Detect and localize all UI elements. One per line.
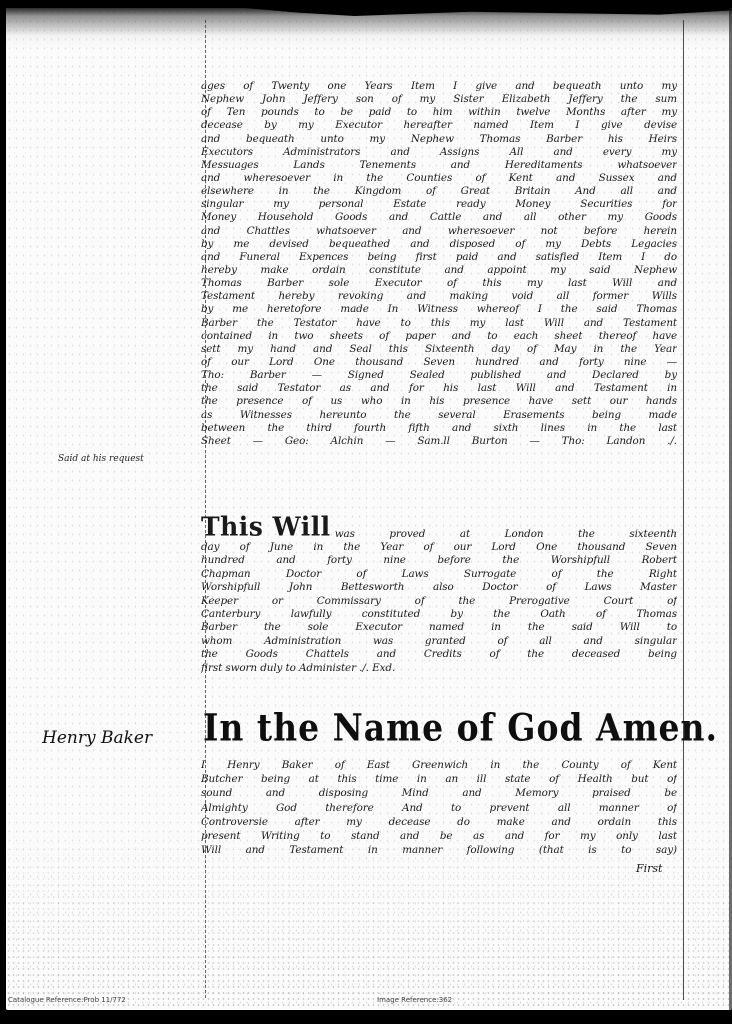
text-line: first sworn duly to Administer ./. Exd. [201, 662, 677, 675]
text-line: hereby make ordain constitute and appoin… [201, 264, 677, 277]
text-line: Testament hereby revoking and making voi… [201, 290, 677, 303]
text-line: Keeper or Commissary of the Prerogative … [201, 595, 677, 608]
text-line: as Witnesses hereunto the several Erasem… [201, 409, 677, 422]
text-line: between the third fourth fifth and sixth… [201, 422, 677, 435]
right-margin-rule [683, 20, 684, 1000]
margin-note: Said at his request [58, 454, 144, 464]
catalogue-reference: Catalogue Reference:Prob 11/772 [8, 996, 126, 1004]
text-line: Thomas Barber sole Executor of this my l… [201, 277, 677, 290]
second-will-body: I Henry Baker of East Greenwich in the C… [201, 758, 677, 857]
text-line: the presence of us who in his presence h… [201, 395, 677, 408]
catchword: First [636, 862, 662, 875]
text-line: and bequeath unto my Nephew Thomas Barbe… [201, 133, 677, 146]
text-line: sett my hand and Seal this Sixteenth day… [201, 343, 677, 356]
text-line: and wheresoever in the Counties of Kent … [201, 172, 677, 185]
will-invocation-heading: In the Name of God Amen. [203, 706, 677, 750]
text-line: Executors Administrators and Assigns All… [201, 146, 677, 159]
text-line: ages of Twenty one Years Item I give and… [201, 80, 677, 93]
text-line: day of June in the Year of our Lord One … [201, 541, 677, 554]
text-line: Barber the sole Executor named in the sa… [201, 621, 677, 634]
scan-bottom-border [0, 1010, 732, 1024]
text-line: decease by my Executor hereafter named I… [201, 119, 677, 132]
text-line: Controversie after my decease do make an… [201, 815, 677, 829]
text-line: and Funeral Expences being first paid an… [201, 251, 677, 264]
text-line: present Writing to stand and be as and f… [201, 829, 677, 843]
text-line: of Ten pounds to be paid to him within t… [201, 106, 677, 119]
text-line: hundred and forty nine before the Worshi… [201, 554, 677, 567]
text-line: Will and Testament in manner following (… [201, 843, 677, 857]
testator-margin-name: Henry Baker [42, 728, 152, 748]
probate-clause: This Will was proved at London the sixte… [201, 513, 677, 675]
text-line: of our Lord One thousand Seven hundred a… [201, 356, 677, 369]
text-line: whom Administration was granted of all a… [201, 635, 677, 648]
text-line: by me devised bequeathed and disposed of… [201, 238, 677, 251]
text-line: Canterbury lawfully constituted by the O… [201, 608, 677, 621]
text-line: Money Household Goods and Cattle and all… [201, 211, 677, 224]
text-line: the said Testator as and for his last Wi… [201, 382, 677, 395]
text-line: Nephew John Jeffery son of my Sister Eli… [201, 93, 677, 106]
witnesses-line: Sheet — Geo: Alchin — Sam.ll Burton — Th… [201, 435, 677, 448]
text-line: Barber the Testator have to this my last… [201, 317, 677, 330]
text-line: by me heretofore made In Witness whereof… [201, 303, 677, 316]
probate-heading: This Will [201, 512, 331, 541]
text-line: contained in two sheets of paper and to … [201, 330, 677, 343]
image-reference: Image Reference:362 [377, 996, 452, 1004]
text-line: sound and disposing Mind and Memory prai… [201, 786, 677, 800]
text-line: and Chattles whatsoever and wheresoever … [201, 225, 677, 238]
text-line: Almighty God therefore And to prevent al… [201, 801, 677, 815]
signature-line: Tho: Barber — Signed Sealed published an… [201, 369, 677, 382]
text-line: singular my personal Estate ready Money … [201, 198, 677, 211]
will-body-continuation: ages of Twenty one Years Item I give and… [201, 80, 677, 448]
text-line: elsewhere in the Kingdom of Great Britai… [201, 185, 677, 198]
text-line: I Henry Baker of East Greenwich in the C… [201, 758, 677, 772]
text-line: was proved at London the sixteenth [335, 527, 677, 541]
text-line: Chapman Doctor of Laws Surrogate of the … [201, 568, 677, 581]
text-line: Butcher being at this time in an ill sta… [201, 772, 677, 786]
text-line: Messuages Lands Tenements and Hereditame… [201, 159, 677, 172]
text-line: the Goods Chattels and Credits of the de… [201, 648, 677, 661]
text-line: Worshipfull John Bettesworth also Doctor… [201, 581, 677, 594]
